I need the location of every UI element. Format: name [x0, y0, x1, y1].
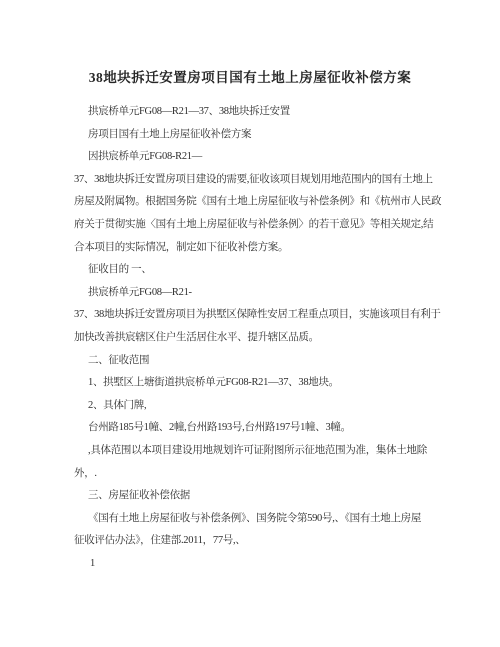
text-line: 因拱宸桥单元FG08-R21—	[74, 146, 434, 169]
text-line: 2、具体门牌,	[74, 395, 434, 418]
text-line: 三、房屋征收补偿依据	[74, 485, 434, 508]
document-page: 38地块拆迁安置房项目国有土地上房屋征收补偿方案 拱宸桥单元FG08—R21—3…	[0, 0, 500, 647]
text-line: 外，.	[74, 463, 434, 486]
text-line: 台州路185号1幢、2幢,台州路193号,台州路197号1幢、3幢。	[74, 417, 434, 440]
text-line: 《国有土地上房屋征收与补偿条例》、国务院令第590号,、《国有土地上房屋	[74, 508, 434, 531]
text-line: 37、38地块拆迁安置房项目为拱墅区保障性安居工程重点项目，实施该项目有利于	[74, 304, 434, 327]
text-line: 加快改善拱宸辖区住户生活居住水平、提升辖区品质。	[74, 327, 434, 350]
document-title: 38地块拆迁安置房项目国有土地上房屋征收补偿方案	[0, 66, 500, 86]
text-line: 房屋及附属物。根据国务院《国有土地上房屋征收与补偿条例》和《杭州市人民政	[74, 191, 434, 214]
page-number: 1	[74, 553, 434, 576]
text-line: 合本项目的实际情况，制定如下征收补偿方案。	[74, 237, 434, 260]
text-line: 37、38地块拆迁安置房项目建设的需要,征收该项目规划用地范围内的国有土地上	[74, 169, 434, 192]
text-line: 拱宸桥单元FG08—R21—37、38地块拆迁安置	[74, 101, 434, 124]
text-line: 二、征收范围	[74, 350, 434, 373]
text-line: 拱宸桥单元FG08—R21-	[74, 282, 434, 305]
text-line: 府关于贯彻实施〈国有土地上房屋征收与补偿条例〉的若干意见》等相关规定,结	[74, 214, 434, 237]
text-line: 征收评估办法》，住建部.2011，77号,、	[74, 530, 434, 553]
text-line: 征收目的 一、	[74, 259, 434, 282]
text-line: ,具体范围以本项目建设用地规划许可证附图所示征地范围为准，集体土地除	[74, 440, 434, 463]
text-line: 1、拱墅区上塘街道拱宸桥单元FG08-R21—37、38地块。	[74, 372, 434, 395]
document-body: 拱宸桥单元FG08—R21—37、38地块拆迁安置 房项目国有土地上房屋征收补偿…	[74, 101, 434, 575]
text-line: 房项目国有土地上房屋征收补偿方案	[74, 124, 434, 147]
